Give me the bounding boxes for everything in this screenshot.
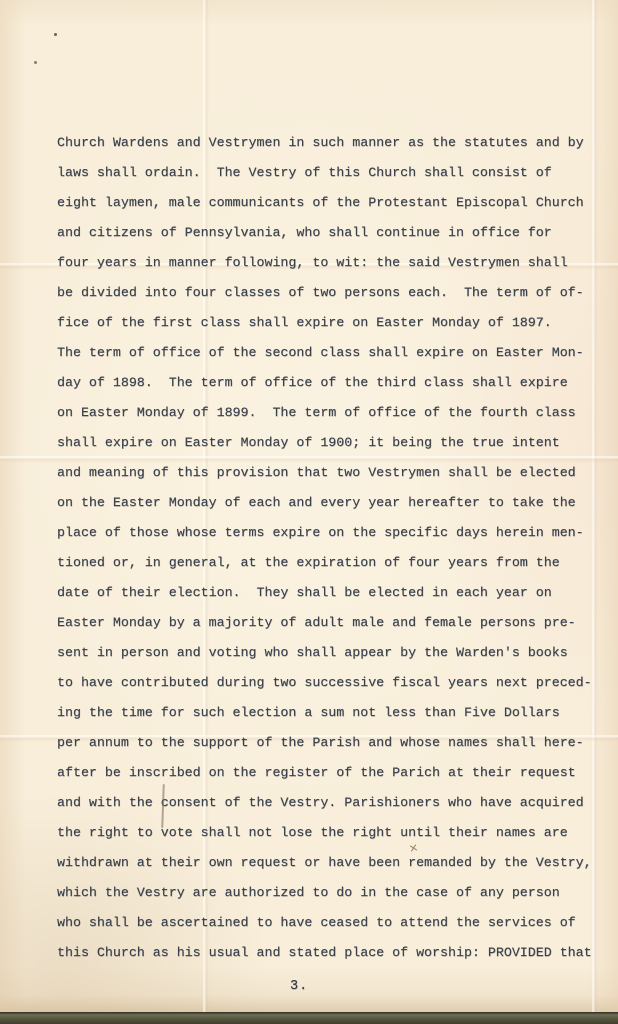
paper-sheet: Church Wardens and Vestrymen in such man…: [0, 0, 618, 1013]
text-line: four years in manner following, to wit: …: [57, 248, 602, 278]
text-line: eight laymen, male communicants of the P…: [57, 188, 602, 218]
text-line: who shall be ascertained to have ceased …: [57, 908, 602, 938]
text-line: be divided into four classes of two pers…: [57, 278, 602, 308]
text-line: place of those whose terms expire on the…: [57, 518, 602, 548]
text-line: day of 1898. The term of office of the t…: [57, 368, 602, 398]
scanned-document: Church Wardens and Vestrymen in such man…: [0, 0, 618, 1024]
text-line: shall expire on Easter Monday of 1900; i…: [57, 428, 602, 458]
text-line: and with the consent of the Vestry. Pari…: [57, 788, 602, 818]
text-line: Easter Monday by a majority of adult mal…: [57, 608, 602, 638]
scanner-bed-edge: [0, 1012, 618, 1024]
text-line: The term of office of the second class s…: [57, 338, 602, 368]
page-number: 3.: [290, 972, 308, 1002]
text-line: tioned or, in general, at the expiration…: [57, 548, 602, 578]
paper-speck: [34, 61, 37, 64]
text-line: per annum to the support of the Parish a…: [57, 728, 602, 758]
text-line: ing the time for such election a sum not…: [57, 698, 602, 728]
paper-speck: [54, 33, 57, 36]
text-line: withdrawn at their own request or have b…: [57, 848, 602, 878]
text-line: on Easter Monday of 1899. The term of of…: [57, 398, 602, 428]
text-line: after be inscribed on the register of th…: [57, 758, 602, 788]
text-line: and citizens of Pennsylvania, who shall …: [57, 218, 602, 248]
text-line: this Church as his usual and stated plac…: [57, 938, 602, 968]
text-line: and meaning of this provision that two V…: [57, 458, 602, 488]
pencil-x-mark: ✕: [408, 842, 419, 855]
text-line: fice of the first class shall expire on …: [57, 308, 602, 338]
text-line: date of their election. They shall be el…: [57, 578, 602, 608]
text-line: laws shall ordain. The Vestry of this Ch…: [57, 158, 602, 188]
typewritten-text: Church Wardens and Vestrymen in such man…: [57, 128, 602, 968]
text-line: to have contributed during two successiv…: [57, 668, 602, 698]
text-line: on the Easter Monday of each and every y…: [57, 488, 602, 518]
text-line: Church Wardens and Vestrymen in such man…: [57, 128, 602, 158]
text-line: which the Vestry are authorized to do in…: [57, 878, 602, 908]
text-line: the right to vote shall not lose the rig…: [57, 818, 602, 848]
text-line: sent in person and voting who shall appe…: [57, 638, 602, 668]
